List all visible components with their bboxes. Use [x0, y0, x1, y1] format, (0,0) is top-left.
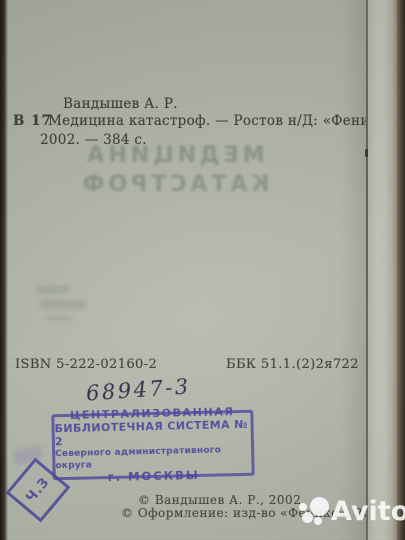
- photo-background-right: [397, 0, 405, 540]
- bbk-number: ББК 51.1.(2)2я722: [226, 357, 359, 372]
- book-page-photo: МЕДИЦИНА КАТАСТРОФ Вандышев А. Р. В 17 М…: [0, 0, 405, 540]
- photo-background-left: [0, 0, 8, 540]
- bleedthrough-title: МЕДИЦИНА КАТАСТРОФ: [70, 141, 278, 199]
- library-stamp-line4: г. МОСКВЫ: [108, 469, 200, 484]
- book-fore-edge: [368, 0, 397, 540]
- ink-bleed-smudge: [40, 300, 86, 309]
- handwritten-inventory-number: 68947-3: [85, 374, 191, 405]
- page-gutter-shadow: [340, 0, 366, 540]
- isbn-number: ISBN 5-222-02160-2: [15, 357, 157, 372]
- copyright-author: © Вандышев А. Р., 2002: [138, 493, 301, 507]
- reading-room-stamp-border: Ч.З: [6, 458, 71, 523]
- reading-room-stamp: Ч.З: [8, 460, 66, 518]
- library-stamp: ЦЕНТРАЛИЗОВАННАЯ БИБЛИОТЕЧНАЯ СИСТЕМА № …: [51, 410, 254, 481]
- reading-room-stamp-label: Ч.З: [23, 475, 52, 506]
- ink-bleed-smudge: [36, 286, 70, 293]
- title-line-continuation: 2002. — 384 с.: [40, 132, 147, 148]
- ink-bleed-smudge: [46, 315, 72, 321]
- classification-code: В 17: [13, 113, 52, 129]
- author-line: Вандышев А. Р.: [63, 96, 178, 112]
- bleedthrough-line2: КАТАСТРОФ: [70, 170, 278, 199]
- library-stamp-line3: Северного административного округа: [55, 444, 251, 472]
